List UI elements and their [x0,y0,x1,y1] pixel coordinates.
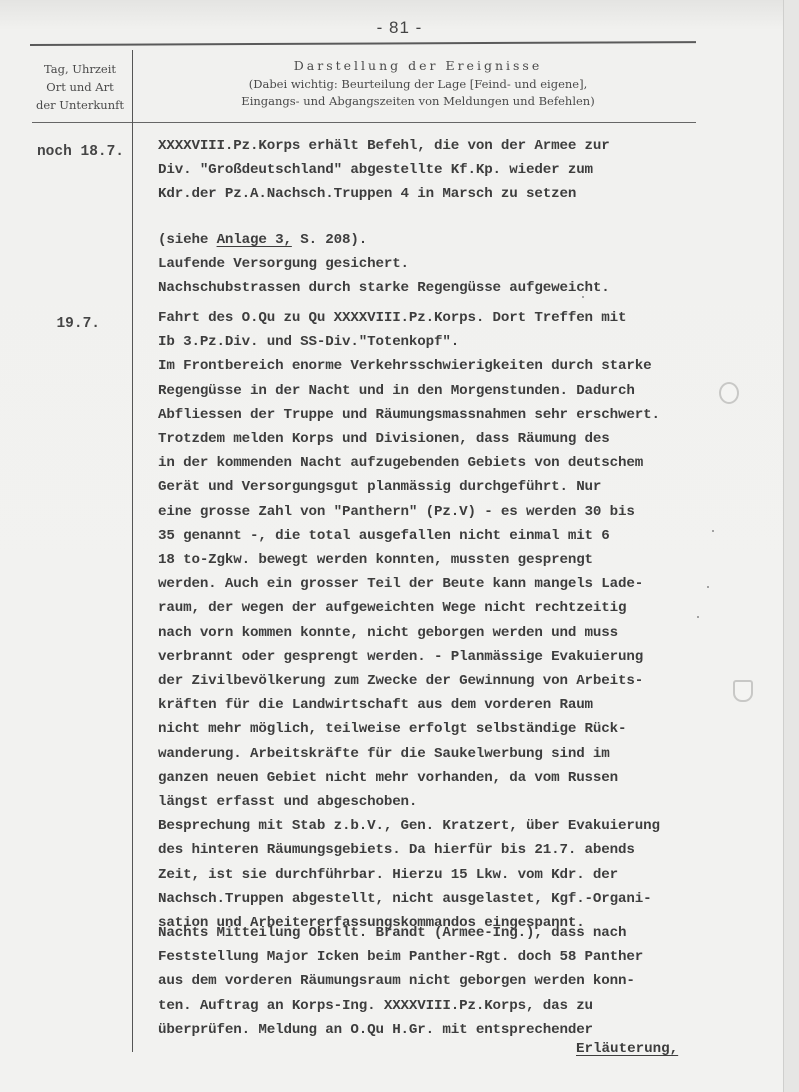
entry-paragraph: XXXXVIII.Pz.Korps erhält Befehl, die von… [158,134,758,207]
annex-reference-link[interactable]: Anlage 3, [217,232,292,248]
paper-speck [712,530,714,532]
header-subtitle-line: Eingangs- und Abgangszeiten von Meldunge… [140,93,696,110]
header-right-column: Darstellung der Ereignisse (Dabei wichti… [140,56,696,110]
text-line: wanderung. Arbeitskräfte für die Saukelw… [158,742,758,766]
text-line: Ib 3.Pz.Div. und SS-Div."Totenkopf". [158,330,758,354]
reference-line: (siehe Anlage 3, S. 208). [158,228,758,252]
text-line: nicht mehr möglich, teilweise erfolgt se… [158,717,758,741]
reference-prefix: (siehe [158,232,217,248]
header-subtitle-line: (Dabei wichtig: Beurteilung der Lage [Fe… [140,76,696,93]
text-line: überprüfen. Meldung an O.Qu H.Gr. mit en… [158,1018,758,1042]
text-line: nach vorn kommen konnte, nicht geborgen … [158,621,758,645]
column-divider [132,50,133,1052]
text-line: werden. Auch ein grosser Teil der Beute … [158,572,758,596]
header-left-column: Tag, Uhrzeit Ort und Art der Unterkunft [30,60,130,114]
text-line: Nachsch.Truppen abgestellt, nicht ausgel… [158,887,758,911]
text-line: kräften für die Landwirtschaft aus dem v… [158,693,758,717]
text-line: Fahrt des O.Qu zu Qu XXXXVIII.Pz.Korps. … [158,306,758,330]
text-line: Kdr.der Pz.A.Nachsch.Truppen 4 in Marsch… [158,182,758,206]
text-line: Nachts Mitteilung Obstlt. Brandt (Armee-… [158,921,758,945]
entry-date: noch 18.7. [20,144,124,160]
text-line: Zeit, ist sie durchführbar. Hierzu 15 Lk… [158,863,758,887]
text-line: 18 to-Zgkw. bewegt werden konnten, musst… [158,548,758,572]
text-line: längst erfasst und abgeschoben. [158,790,758,814]
header-left-line: Ort und Art [30,78,130,96]
text-line: ganzen neuen Gebiet nicht mehr vorhanden… [158,766,758,790]
paper-speck [582,296,584,298]
entry-paragraph: Nachts Mitteilung Obstlt. Brandt (Armee-… [158,921,758,1042]
text-line: Abfliessen der Truppe und Räumungsmassna… [158,403,758,427]
text-line: Gerät und Versorgungsgut planmässig durc… [158,475,758,499]
header-left-line: Tag, Uhrzeit [30,60,130,78]
continuation-word: Erläuterung, [576,1041,678,1057]
punch-hole-mark [719,382,739,404]
paper-speck [707,586,709,588]
text-line: raum, der wegen der aufgeweichten Wege n… [158,596,758,620]
text-line: verbrannt oder gesprengt werden. - Planm… [158,645,758,669]
text-line: des hinteren Räumungsgebiets. Da hierfür… [158,838,758,862]
text-line: ten. Auftrag an Korps-Ing. XXXXVIII.Pz.K… [158,994,758,1018]
text-line: Besprechung mit Stab z.b.V., Gen. Kratze… [158,814,758,838]
text-line: aus dem vorderen Räumungsraum nicht gebo… [158,969,758,993]
text-line: in der kommenden Nacht aufzugebenden Geb… [158,451,758,475]
page-edge [783,0,799,1092]
text-line: Feststellung Major Icken beim Panther-Rg… [158,945,758,969]
header-title: Darstellung der Ereignisse [140,56,696,76]
text-line: XXXXVIII.Pz.Korps erhält Befehl, die von… [158,134,758,158]
page-number: - 81 - [0,18,799,38]
text-line: 35 genannt -, die total ausgefallen nich… [158,524,758,548]
text-line: eine grosse Zahl von "Panthern" (Pz.V) -… [158,500,758,524]
text-line: Trotzdem melden Korps und Divisionen, da… [158,427,758,451]
entry-paragraph: Fahrt des O.Qu zu Qu XXXXVIII.Pz.Korps. … [158,306,758,935]
reference-suffix: S. 208). [292,232,367,248]
entry-date: 19.7. [20,316,100,332]
text-line: der Zivilbevölkerung zum Zwecke der Gewi… [158,669,758,693]
entry-paragraph: (siehe Anlage 3, S. 208).Laufende Versor… [158,228,758,301]
text-line: Div. "Großdeutschland" abgestellte Kf.Kp… [158,158,758,182]
header-left-line: der Unterkunft [30,96,130,114]
text-line: Nachschubstrassen durch starke Regengüss… [158,276,758,300]
text-line: Im Frontbereich enorme Verkehrsschwierig… [158,354,758,378]
text-line: Laufende Versorgung gesichert. [158,252,758,276]
punch-hole-mark [733,680,753,702]
text-line: Regengüsse in der Nacht und in den Morge… [158,379,758,403]
paper-speck [697,616,699,618]
